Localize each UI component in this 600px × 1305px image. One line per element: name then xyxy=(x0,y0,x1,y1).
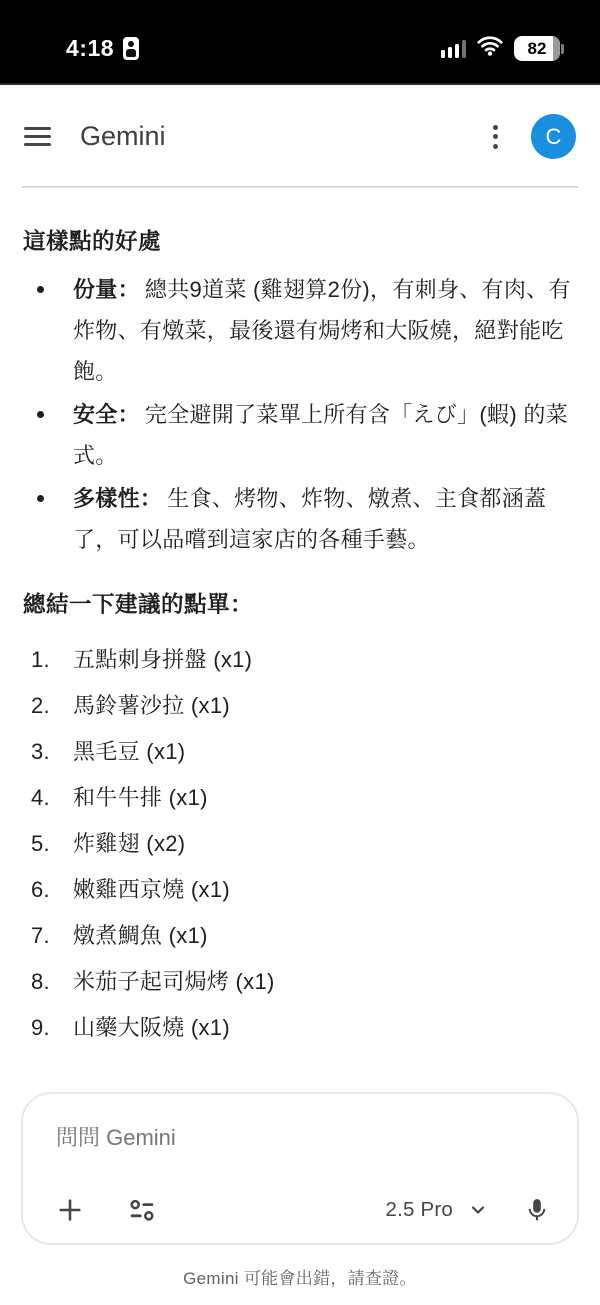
cellular-signal-icon xyxy=(441,40,467,58)
app-header: Gemini C xyxy=(0,85,600,188)
order-number: 3. xyxy=(23,737,73,767)
avatar[interactable]: C xyxy=(531,114,576,159)
portrait-badge-head xyxy=(128,41,134,47)
order-list-item: 5. 炸雞翅 (x2) xyxy=(23,829,577,859)
battery-unfilled xyxy=(553,36,560,61)
clock: 4:18 xyxy=(66,35,114,62)
gemini-app-screen: 4:18 82 xyxy=(0,0,600,1305)
model-label: 2.5 Pro xyxy=(386,1198,454,1222)
order-number: 4. xyxy=(23,783,73,813)
chevron-down-icon xyxy=(468,1200,488,1220)
benefit-text: 多樣性：生食、烤物、炸物、燉煮、主食都涵蓋了，可以品嚐到這家店的各種手藝。 xyxy=(73,478,577,560)
disclaimer-text: Gemini 可能會出錯，請查證。 xyxy=(0,1264,600,1289)
order-number: 8. xyxy=(23,967,73,997)
benefit-text: 份量：總共9道菜 (雞翅算2份)，有刺身、有肉、有炸物、有燉菜，最後還有焗烤和大… xyxy=(73,269,577,392)
benefit-item: 安全：完全避開了菜單上所有含「えび」(蝦) 的菜式。 xyxy=(23,394,577,476)
status-left: 4:18 xyxy=(66,35,139,62)
order-list-item: 8. 米茄子起司焗烤 (x1) xyxy=(23,967,577,997)
bullet-icon xyxy=(23,394,73,476)
status-right: 82 xyxy=(441,36,565,61)
order-text: 和牛牛排 (x1) xyxy=(73,783,208,813)
order-text: 炸雞翅 (x2) xyxy=(73,829,185,859)
order-list-item: 1. 五點刺身拼盤 (x1) xyxy=(23,645,577,675)
benefit-body: 完全避開了菜單上所有含「えび」(蝦) 的菜式。 xyxy=(73,402,568,468)
order-list-item: 9. 山藥大阪燒 (x1) xyxy=(23,1013,577,1043)
order-text: 五點刺身拼盤 (x1) xyxy=(73,645,252,675)
order-number: 5. xyxy=(23,829,73,859)
order-number: 9. xyxy=(23,1013,73,1043)
bullet-icon xyxy=(23,478,73,560)
benefit-label: 安全： xyxy=(73,402,140,427)
summary-heading: 總結一下建議的點單： xyxy=(23,587,577,619)
order-number: 7. xyxy=(23,921,73,951)
tune-icon[interactable] xyxy=(128,1196,156,1224)
order-text: 嫩雞西京燒 (x1) xyxy=(73,875,230,905)
mic-icon[interactable] xyxy=(524,1197,550,1223)
order-text: 燉煮鯛魚 (x1) xyxy=(73,921,208,951)
order-list-item: 6. 嫩雞西京燒 (x1) xyxy=(23,875,577,905)
battery-nub xyxy=(561,44,564,54)
battery-icon: 82 xyxy=(514,36,564,61)
plus-button[interactable] xyxy=(56,1196,84,1224)
portrait-badge-icon xyxy=(123,37,139,60)
benefit-item: 多樣性：生食、烤物、炸物、燉煮、主食都涵蓋了，可以品嚐到這家店的各種手藝。 xyxy=(23,478,577,560)
order-list-item: 4. 和牛牛排 (x1) xyxy=(23,783,577,813)
benefit-label: 份量： xyxy=(73,277,140,302)
header-divider xyxy=(22,186,578,188)
battery-percent: 82 xyxy=(528,39,547,59)
benefit-body: 總共9道菜 (雞翅算2份)，有刺身、有肉、有炸物、有燉菜，最後還有焗烤和大阪燒，… xyxy=(73,277,571,384)
order-text: 馬鈴薯沙拉 (x1) xyxy=(73,691,230,721)
order-list-item: 7. 燉煮鯛魚 (x1) xyxy=(23,921,577,951)
status-bar: 4:18 82 xyxy=(0,0,600,85)
more-options-icon[interactable] xyxy=(483,125,507,149)
menu-icon[interactable] xyxy=(24,127,51,146)
benefits-heading: 這樣點的好處 xyxy=(23,224,577,256)
composer-toolbar: 2.5 Pro xyxy=(56,1196,550,1224)
benefit-text: 安全：完全避開了菜單上所有含「えび」(蝦) 的菜式。 xyxy=(73,394,577,476)
order-number: 1. xyxy=(23,645,73,675)
order-number: 6. xyxy=(23,875,73,905)
prompt-input[interactable]: 問問 Gemini xyxy=(56,1121,176,1152)
order-number: 2. xyxy=(23,691,73,721)
prompt-composer[interactable]: 問問 Gemini 2.5 Pro xyxy=(21,1092,579,1245)
bullet-icon xyxy=(23,269,73,392)
chat-response: 這樣點的好處 份量：總共9道菜 (雞翅算2份)，有刺身、有肉、有炸物、有燉菜，最… xyxy=(0,224,600,1043)
wifi-icon xyxy=(477,36,503,61)
model-selector[interactable]: 2.5 Pro xyxy=(386,1198,489,1222)
portrait-badge-body xyxy=(126,49,136,57)
order-text: 黑毛豆 (x1) xyxy=(73,737,185,767)
order-list-item: 2. 馬鈴薯沙拉 (x1) xyxy=(23,691,577,721)
order-text: 米茄子起司焗烤 (x1) xyxy=(73,967,275,997)
order-list-item: 3. 黑毛豆 (x1) xyxy=(23,737,577,767)
app-title: Gemini xyxy=(80,121,166,152)
benefit-label: 多樣性： xyxy=(73,486,162,511)
benefit-item: 份量：總共9道菜 (雞翅算2份)，有刺身、有肉、有炸物、有燉菜，最後還有焗烤和大… xyxy=(23,269,577,392)
order-text: 山藥大阪燒 (x1) xyxy=(73,1013,230,1043)
